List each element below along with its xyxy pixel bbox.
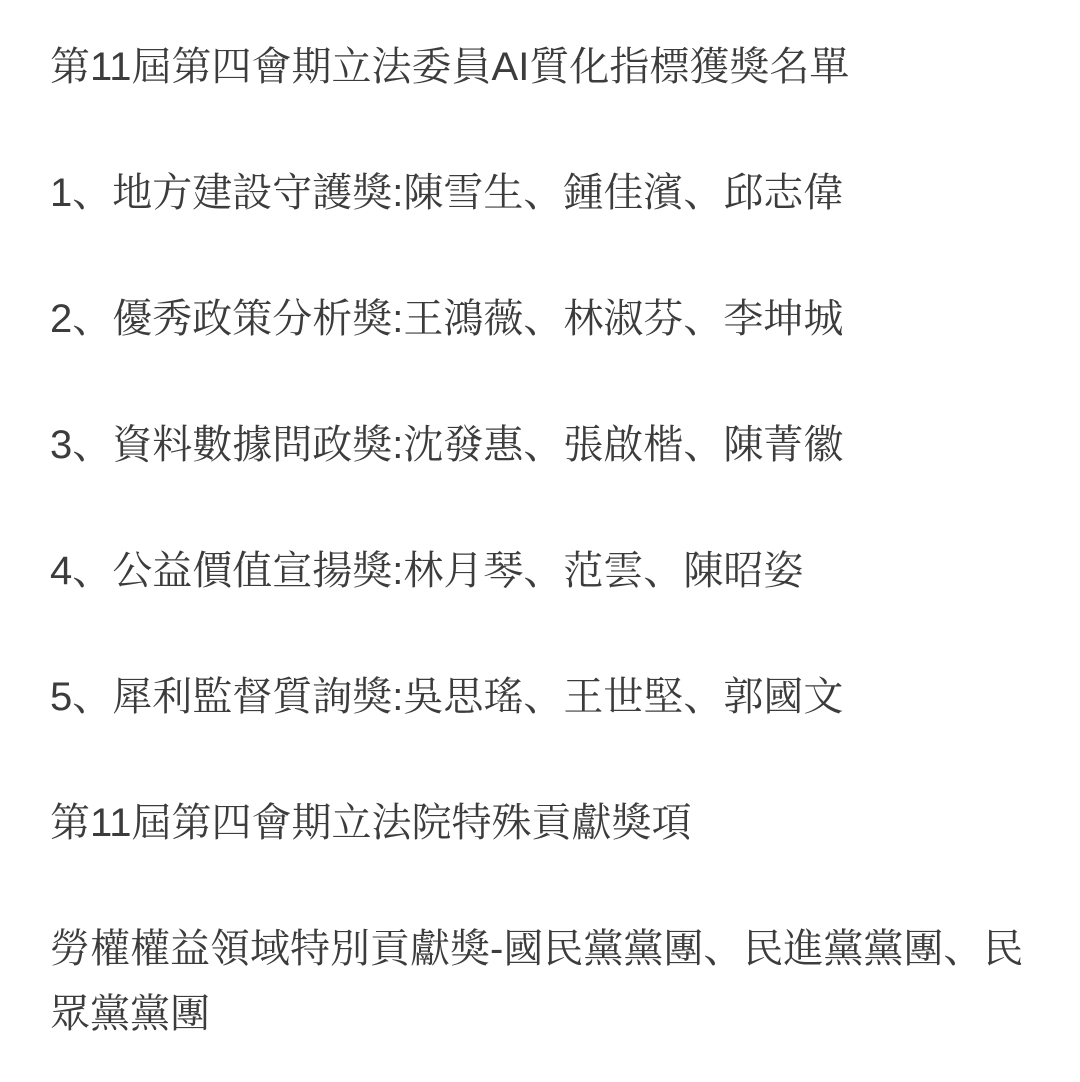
award-line-local-construction: 1、地方建設守護獎:陳雪生、鍾佳濱、邱志偉 [50, 161, 1030, 226]
award-line-policy-analysis: 2、優秀政策分析獎:王鴻薇、林淑芬、李坤城 [50, 287, 1030, 352]
document-page: 第11屆第四會期立法委員AI質化指標獲獎名單 1、地方建設守護獎:陳雪生、鍾佳濱… [0, 0, 1080, 1047]
award-line-public-interest: 4、公益價值宣揚獎:林月琴、范雲、陳昭姿 [50, 539, 1030, 604]
award-line-data-interpellation: 3、資料數據問政獎:沈發惠、張啟楷、陳菁徽 [50, 413, 1030, 478]
award-line-sharp-supervision: 5、犀利監督質詢獎:吳思瑤、王世堅、郭國文 [50, 665, 1030, 730]
document-heading: 第11屆第四會期立法委員AI質化指標獲獎名單 [50, 35, 1030, 100]
special-award-line-labor-rights: 勞權權益領域特別貢獻獎-國民黨黨團、民進黨黨團、民眾黨黨團 [50, 917, 1030, 1047]
section-heading-special-contribution: 第11屆第四會期立法院特殊貢獻獎項 [50, 791, 1030, 856]
